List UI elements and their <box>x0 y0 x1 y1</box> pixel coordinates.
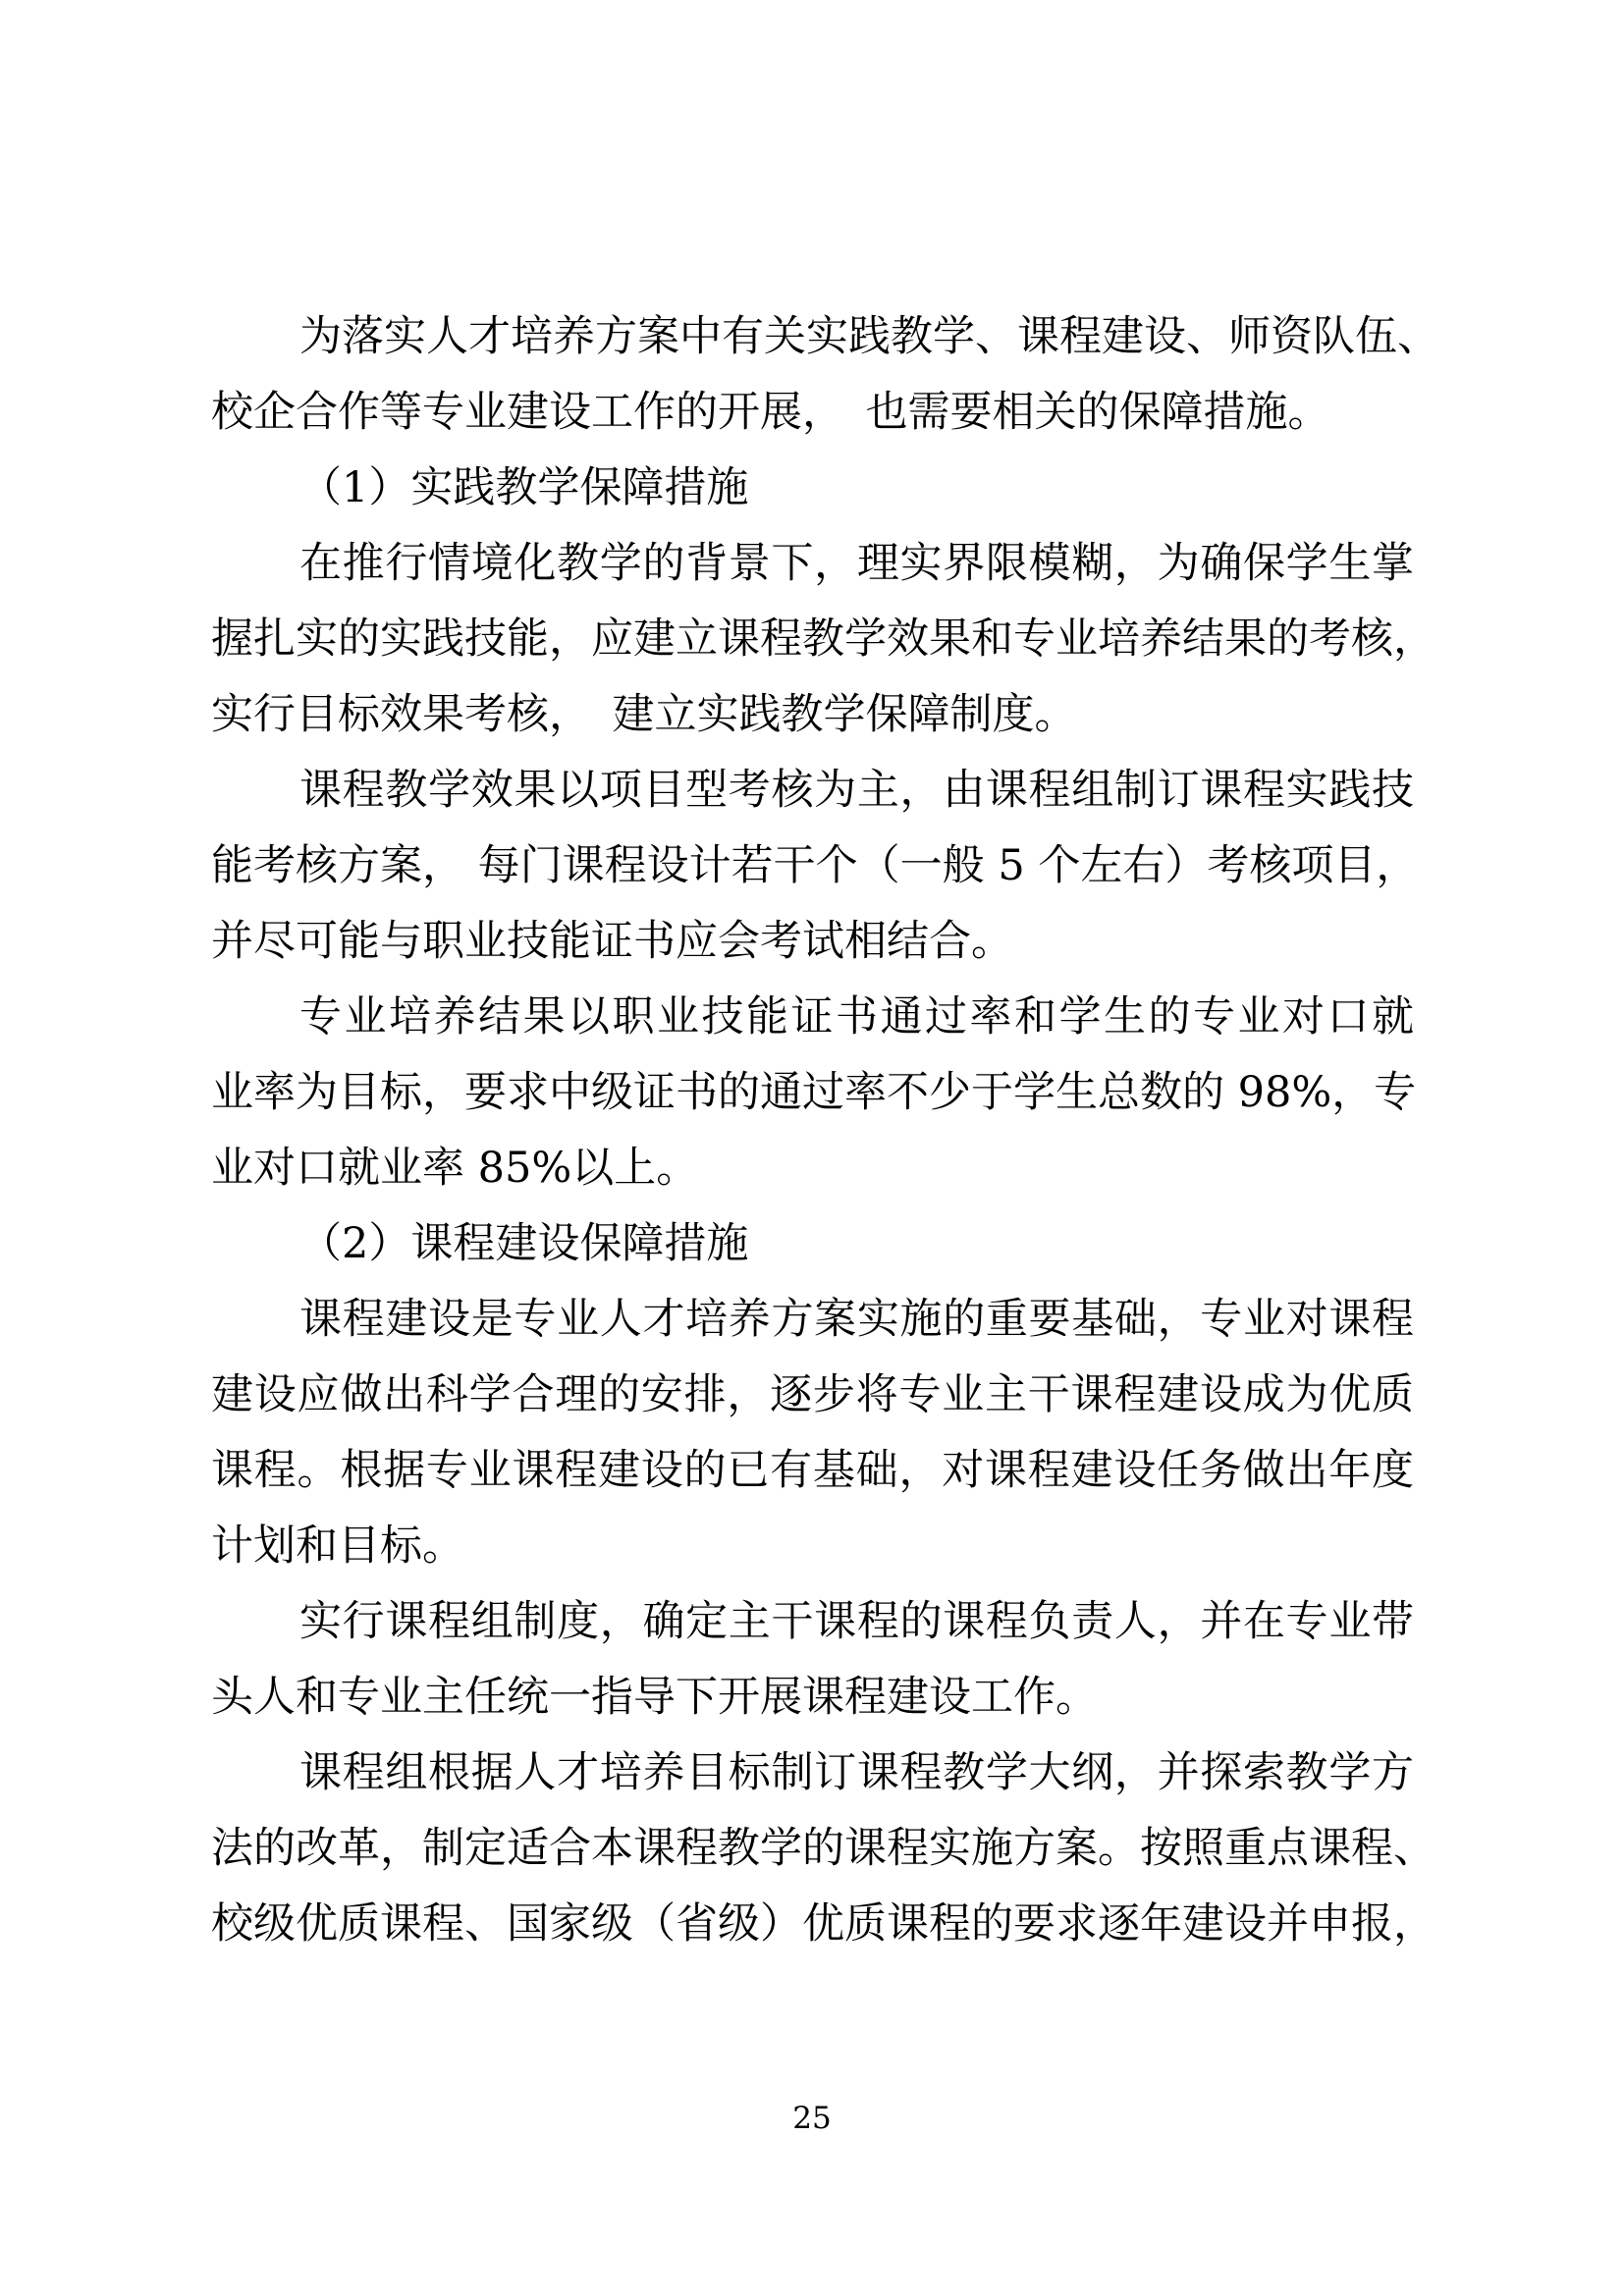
text-line: 法的改革，制定适合本课程教学的课程实施方案。按照重点课程、 <box>211 1811 1414 1887</box>
text-line: 为落实人才培养方案中有关实践教学、课程建设、师资队伍、 <box>211 299 1414 375</box>
text-line: 头人和专业主任统一指导下开展课程建设工作。 <box>211 1660 1414 1735</box>
paragraph-course-construction-basis: 课程建设是专业人才培养方案实施的重要基础，专业对课程建设应做出科学合理的安排，逐… <box>211 1282 1414 1584</box>
paragraph-training-result: 专业培养结果以职业技能证书通过率和学生的专业对口就业率为目标，要求中级证书的通过… <box>211 980 1414 1206</box>
text-line: 校企合作等专业建设工作的开展， 也需要相关的保障措施。 <box>211 375 1414 451</box>
text-line: 握扎实的实践技能，应建立课程教学效果和专业培养结果的考核， <box>211 602 1414 677</box>
text-line: 在推行情境化教学的背景下，理实界限模糊，为确保学生掌 <box>211 526 1414 602</box>
text-line: 能考核方案， 每门课程设计若干个（一般 5 个左右）考核项目， <box>211 828 1414 904</box>
paragraph-intro: 为落实人才培养方案中有关实践教学、课程建设、师资队伍、校企合作等专业建设工作的开… <box>211 299 1414 451</box>
text-line: 建设应做出科学合理的安排，逐步将专业主干课程建设成为优质 <box>211 1358 1414 1433</box>
text-line: 计划和目标。 <box>211 1509 1414 1584</box>
heading-1-practice-teaching: （1）实践教学保障措施 <box>211 451 1414 526</box>
page-number: 25 <box>0 2101 1624 2136</box>
paragraph-practice-background: 在推行情境化教学的背景下，理实界限模糊，为确保学生掌握扎实的实践技能，应建立课程… <box>211 526 1414 753</box>
paragraph-course-outline: 课程组根据人才培养目标制订课程教学大纲，并探索教学方法的改革，制定适合本课程教学… <box>211 1735 1414 1962</box>
text-line: （2）课程建设保障措施 <box>211 1206 1414 1282</box>
text-line: （1）实践教学保障措施 <box>211 451 1414 526</box>
paragraph-course-group-system: 实行课程组制度，确定主干课程的课程负责人，并在专业带头人和专业主任统一指导下开展… <box>211 1584 1414 1735</box>
text-line: 实行课程组制度，确定主干课程的课程负责人，并在专业带 <box>211 1584 1414 1660</box>
text-line: 业率为目标，要求中级证书的通过率不少于学生总数的 98%，专 <box>211 1055 1414 1131</box>
document-page: 为落实人才培养方案中有关实践教学、课程建设、师资队伍、校企合作等专业建设工作的开… <box>0 0 1624 2296</box>
text-line: 课程。根据专业课程建设的已有基础，对课程建设任务做出年度 <box>211 1433 1414 1509</box>
text-line: 课程组根据人才培养目标制订课程教学大纲，并探索教学方 <box>211 1735 1414 1811</box>
text-line: 业对口就业率 85%以上。 <box>211 1131 1414 1206</box>
text-line: 并尽可能与职业技能证书应会考试相结合。 <box>211 904 1414 980</box>
text-block: 为落实人才培养方案中有关实践教学、课程建设、师资队伍、校企合作等专业建设工作的开… <box>211 299 1414 1962</box>
text-line: 课程建设是专业人才培养方案实施的重要基础，专业对课程 <box>211 1282 1414 1358</box>
text-line: 实行目标效果考核， 建立实践教学保障制度。 <box>211 677 1414 753</box>
text-line: 专业培养结果以职业技能证书通过率和学生的专业对口就 <box>211 980 1414 1055</box>
paragraph-course-assessment: 课程教学效果以项目型考核为主，由课程组制订课程实践技能考核方案， 每门课程设计若… <box>211 753 1414 980</box>
heading-2-course-construction: （2）课程建设保障措施 <box>211 1206 1414 1282</box>
text-line: 校级优质课程、国家级（省级）优质课程的要求逐年建设并申报， <box>211 1887 1414 1962</box>
text-line: 课程教学效果以项目型考核为主，由课程组制订课程实践技 <box>211 753 1414 828</box>
